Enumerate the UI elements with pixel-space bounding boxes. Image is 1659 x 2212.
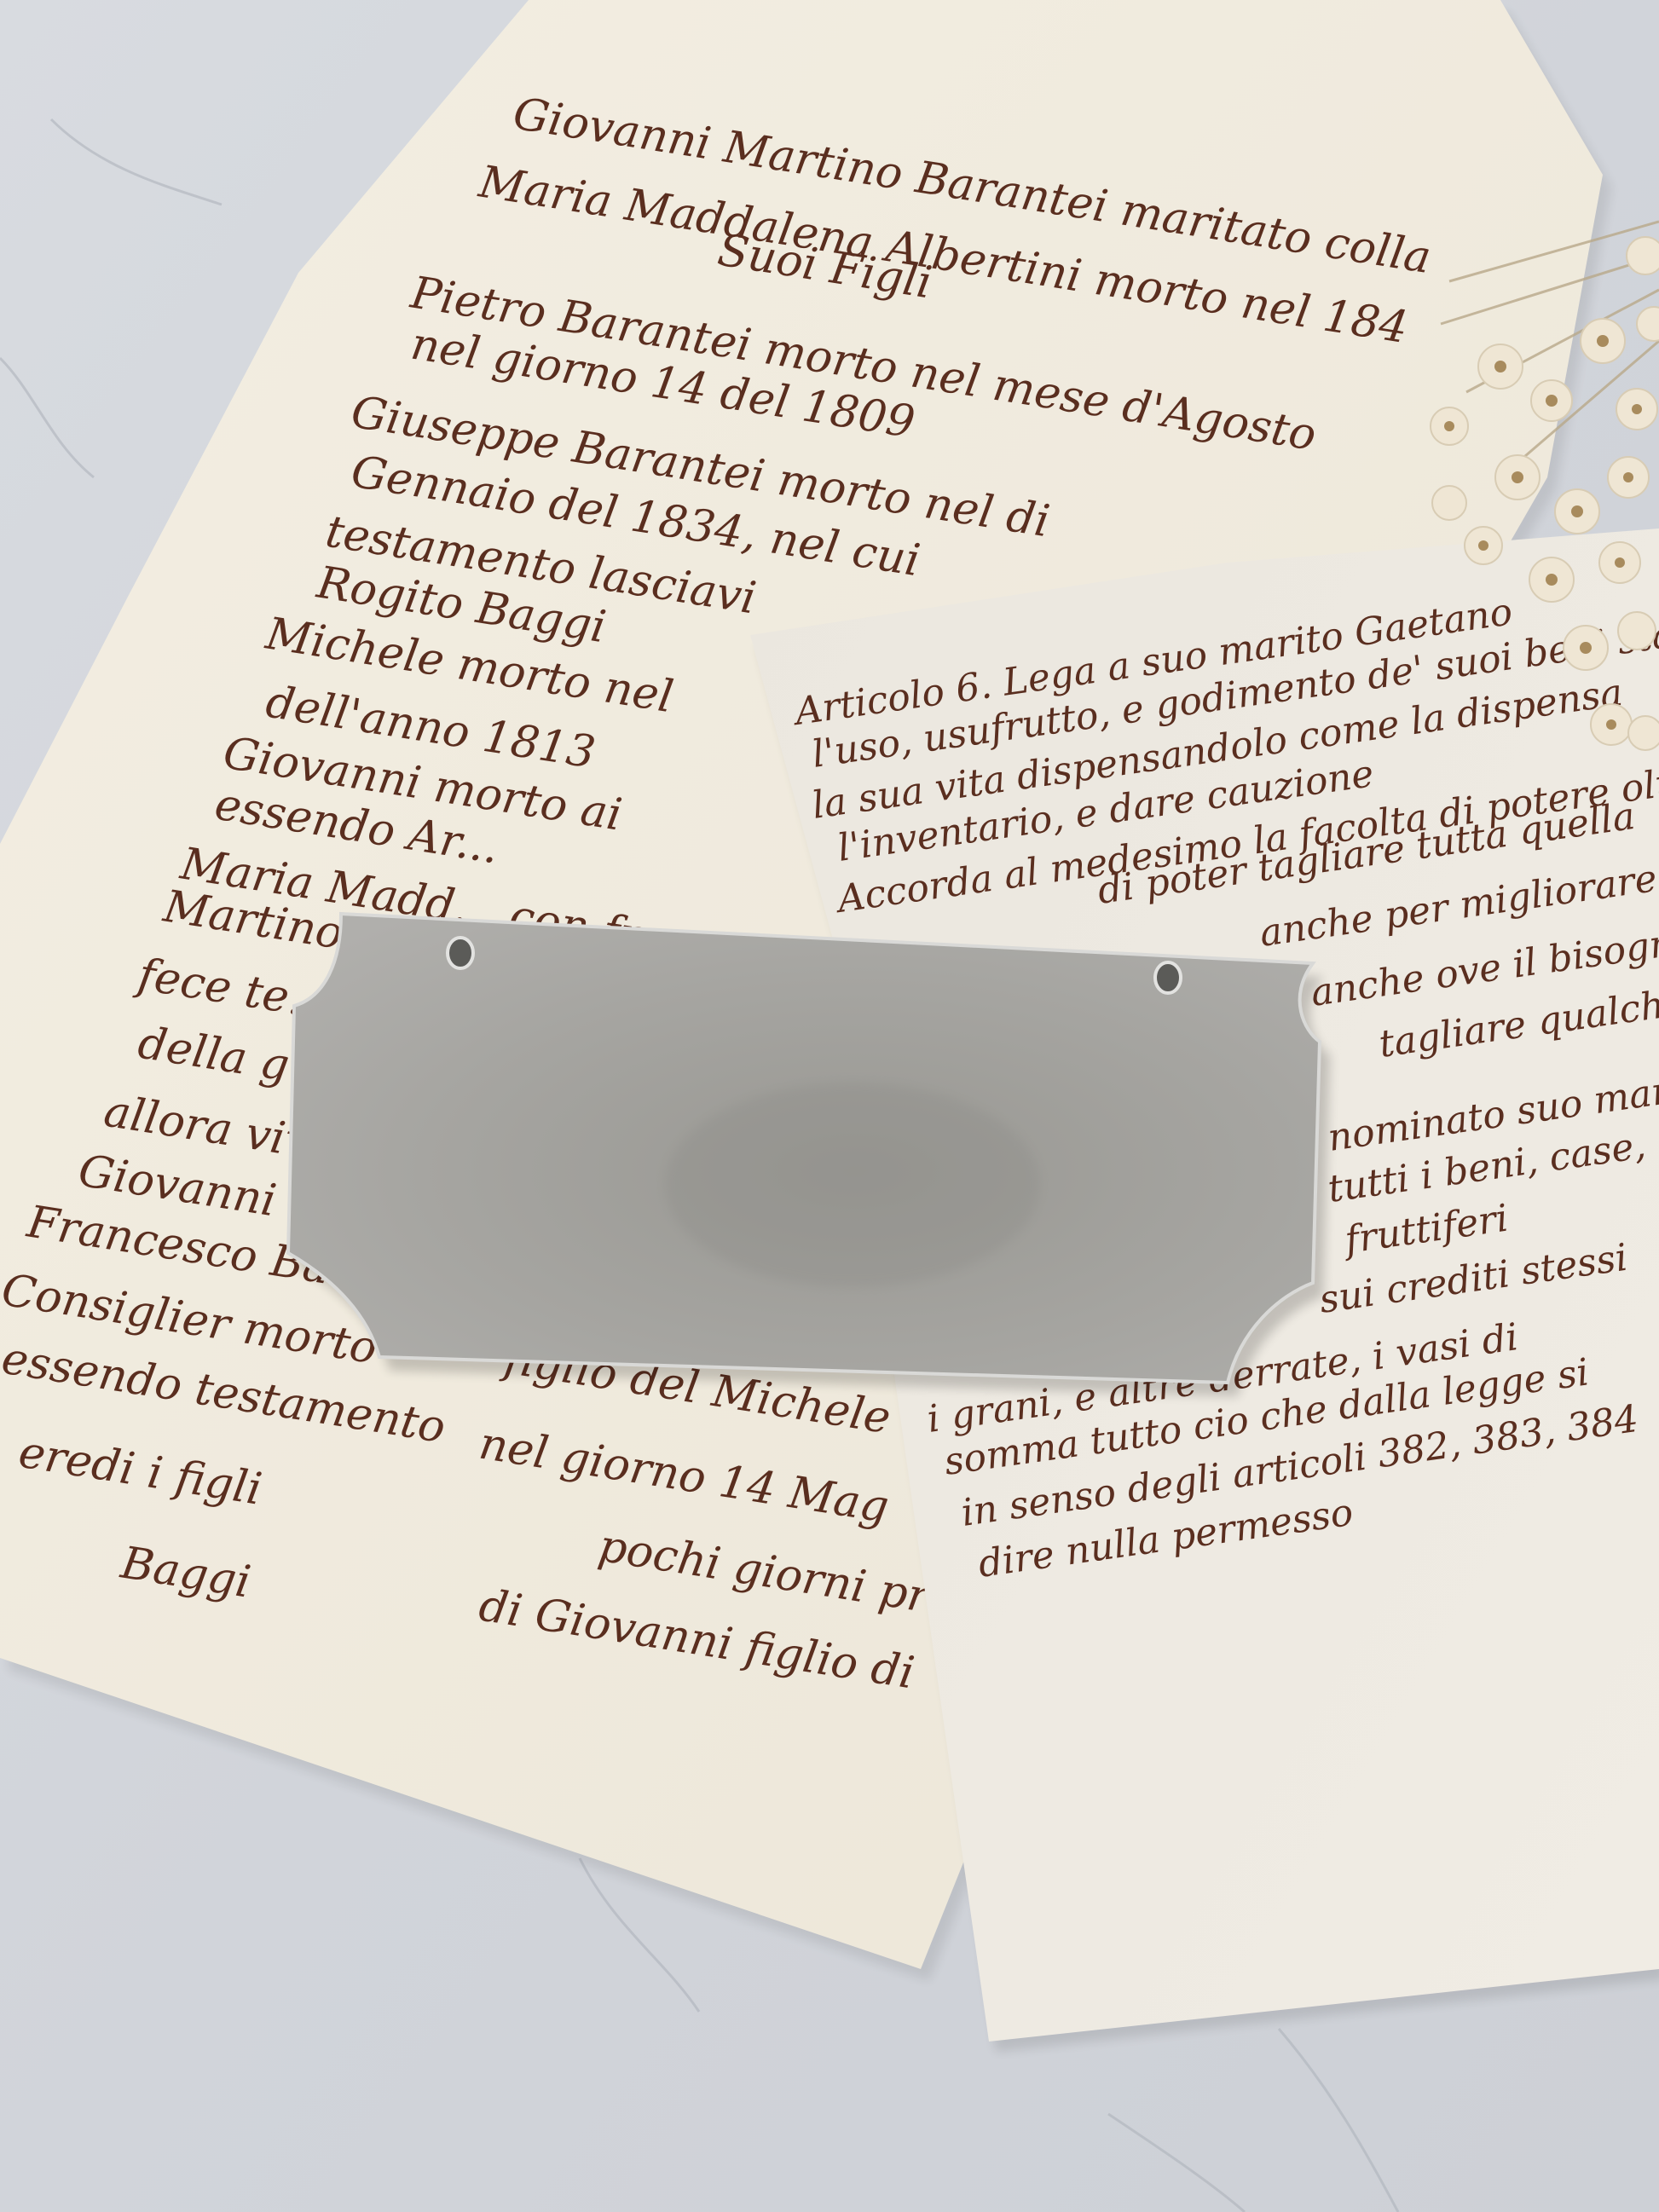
photo-scene: Giovanni Martino Barantei maritato colla… — [0, 0, 1659, 2212]
mounting-hole-right — [1155, 962, 1181, 993]
mounting-hole-left — [448, 938, 473, 968]
metal-plate — [288, 914, 1330, 1396]
